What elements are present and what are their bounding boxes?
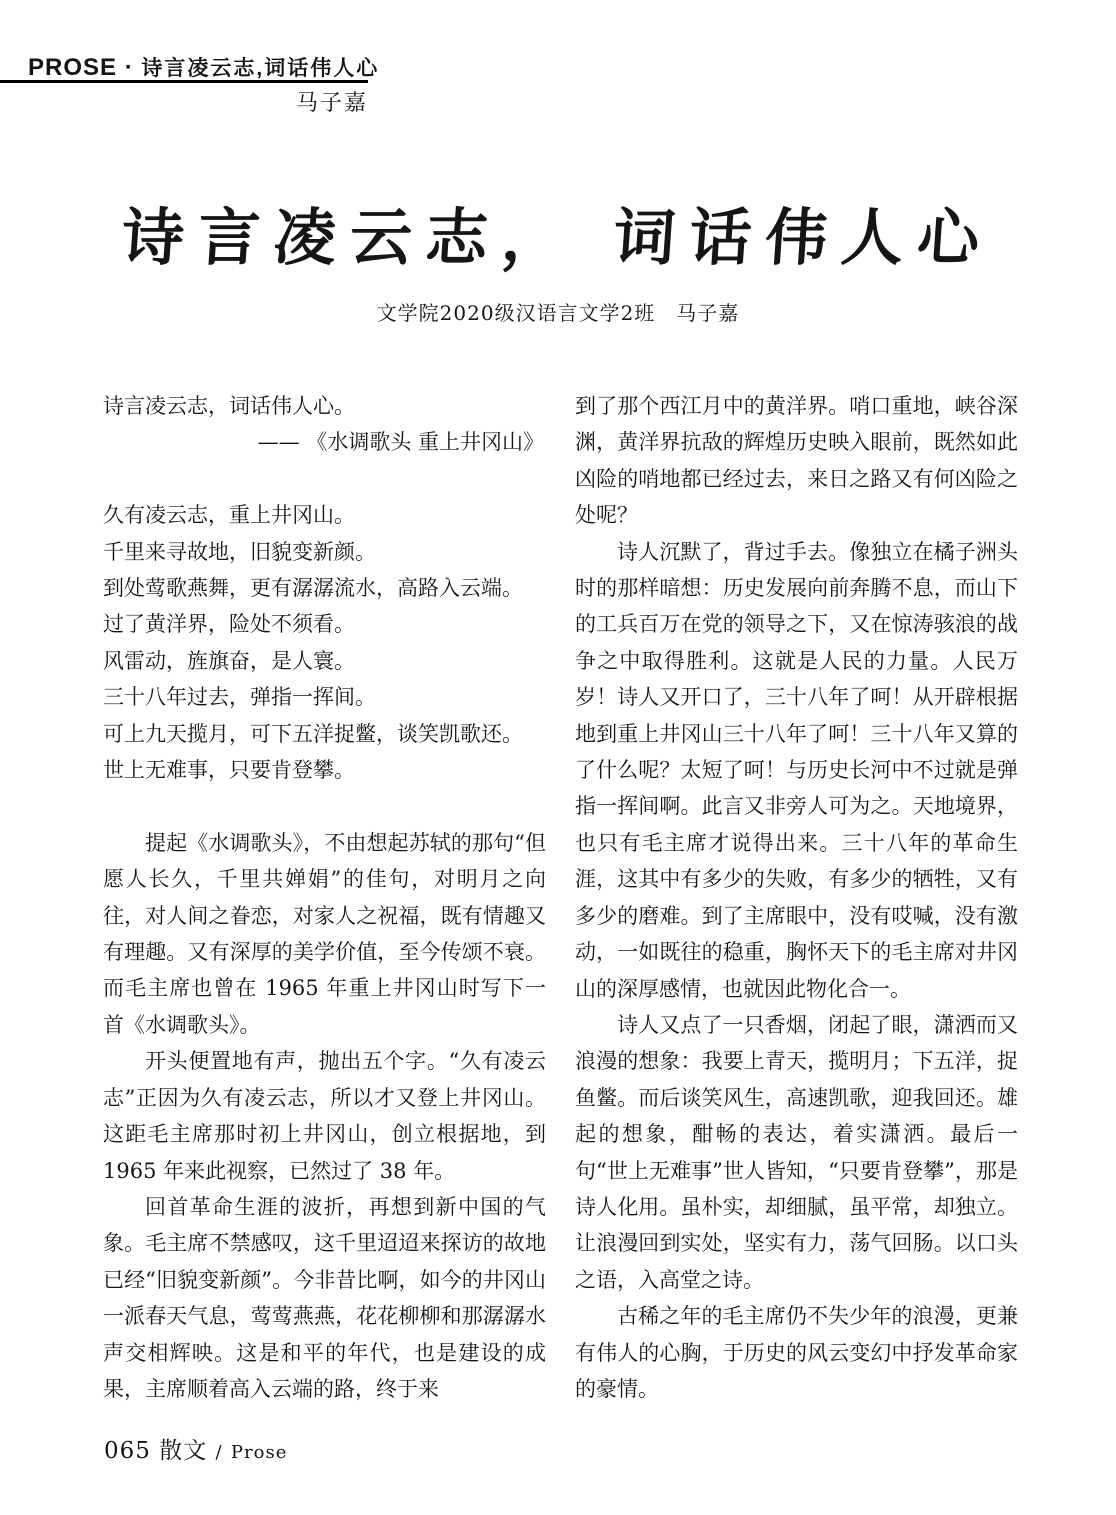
page-header: PROSE · 诗言凌云志,词话伟人心 xyxy=(28,52,379,82)
body-paragraph: 开头便置地有声，抛出五个字。“久有凌云志”正因为久有凌云志，所以才又登上井冈山。… xyxy=(103,1043,546,1189)
footer-separator: / xyxy=(216,1442,223,1463)
poem-line: 千里来寻故地，旧貌变新颜。 xyxy=(103,534,546,570)
article-title: 诗言凌云志， 词话伟人心 xyxy=(0,188,1116,277)
left-column: 诗言凌云志，词话伟人心。 —— 《水调歌头 重上井冈山》 久有凌云志，重上井冈山… xyxy=(103,388,546,1407)
body-paragraph: 提起《水调歌头》，不由想起苏轼的那句“但愿人长久，千里共婵娟”的佳句，对明月之向… xyxy=(103,825,546,1043)
header-dot-separator: · xyxy=(125,54,134,81)
header-author: 马子嘉 xyxy=(0,86,368,117)
spacer xyxy=(103,788,546,824)
footer-page-number: 065 xyxy=(104,1438,151,1464)
poem-line: 风雷动，旌旗奋，是人寰。 xyxy=(103,643,546,679)
header-article-title: 诗言凌云志,词话伟人心 xyxy=(141,57,379,80)
article-byline: 文学院2020级汉语言文学2班 马子嘉 xyxy=(0,297,1116,326)
footer-section-en: Prose xyxy=(231,1442,287,1463)
epigraph-line: 诗言凌云志，词话伟人心。 xyxy=(103,388,546,424)
poem-line: 可上九天揽月，可下五洋捉鳖，谈笑凯歌还。 xyxy=(103,716,546,752)
body-paragraph: 诗人又点了一只香烟，闭起了眼，潇洒而又浪漫的想象：我要上青天，揽明月；下五洋，捉… xyxy=(575,1007,1018,1298)
body-paragraph: 古稀之年的毛主席仍不失少年的浪漫，更兼有伟人的心胸，于历史的风云变幻中抒发革命家… xyxy=(575,1298,1018,1407)
poem-line: 过了黄洋界，险处不须看。 xyxy=(103,606,546,642)
header-section-en: PROSE xyxy=(28,54,117,81)
body-paragraph: 诗人沉默了，背过手去。像独立在橘子洲头时的那样暗想：历史发展向前奔腾不息，而山下… xyxy=(575,534,1018,1007)
right-column: 到了那个西江月中的黄洋界。哨口重地，峡谷深渊，黄洋界抗敌的辉煌历史映入眼前，既然… xyxy=(575,388,1018,1407)
spacer xyxy=(103,461,546,497)
poem-line: 世上无难事，只要肯登攀。 xyxy=(103,752,546,788)
body-paragraph: 回首革命生涯的波折，再想到新中国的气象。毛主席不禁感叹，这千里迢迢来探访的故地已… xyxy=(103,1189,546,1407)
epigraph-attribution: —— 《水调歌头 重上井冈山》 xyxy=(103,424,546,460)
poem-line: 久有凌云志，重上井冈山。 xyxy=(103,497,546,533)
poem-line: 到处莺歌燕舞，更有潺潺流水，高路入云端。 xyxy=(103,570,546,606)
page-footer: 065 散文 / Prose xyxy=(104,1432,287,1465)
footer-section-cn: 散文 xyxy=(159,1438,207,1464)
poem-line: 三十八年过去，弹指一挥间。 xyxy=(103,679,546,715)
header-rule xyxy=(0,80,368,83)
body-paragraph-continuation: 到了那个西江月中的黄洋界。哨口重地，峡谷深渊，黄洋界抗敌的辉煌历史映入眼前，既然… xyxy=(575,388,1018,534)
